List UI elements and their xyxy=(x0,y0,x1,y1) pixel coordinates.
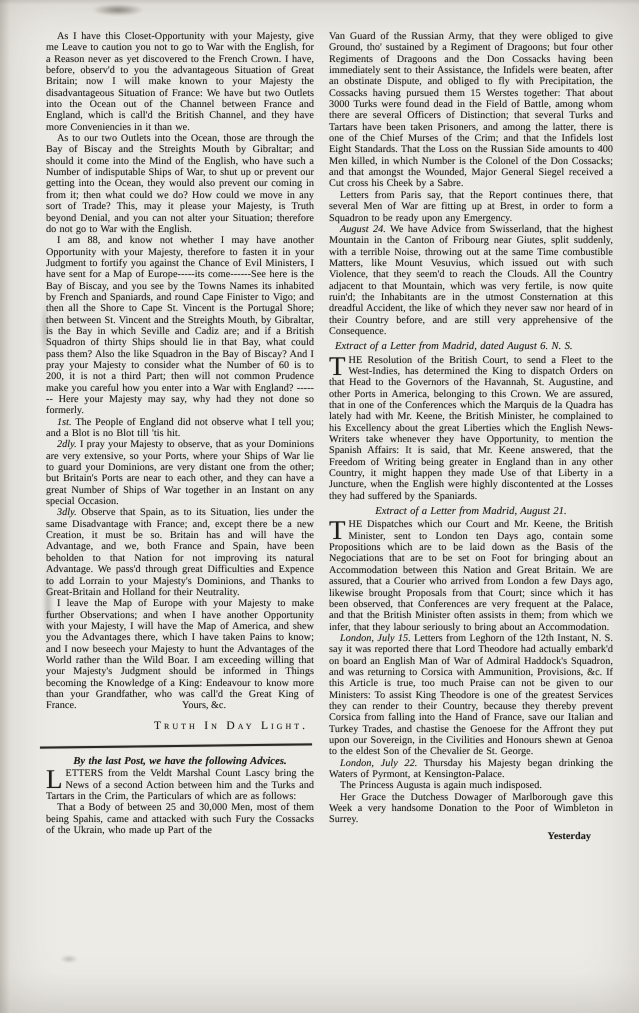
letter-point-2: 2dly. I pray your Majesty to observe, th… xyxy=(46,439,314,507)
advices-paragraph-1-text: ETTERS from the Veldt Marshal Count Lasc… xyxy=(46,768,314,802)
section-divider-rule xyxy=(40,743,312,748)
extract-madrid-aug6-text: HE Resolution of the British Court, to s… xyxy=(329,355,613,502)
newspaper-page: As I have this Closet-Opportunity with y… xyxy=(0,0,639,1013)
ink-smudge xyxy=(60,955,78,963)
august24-paragraph: August 24. We have Advice from Swisserla… xyxy=(329,224,613,337)
london-july15-paragraph: London, July 15. Letters from Leghorn of… xyxy=(329,633,613,758)
extract-madrid-aug21-paragraph: THE Dispatches which our Court and Mr. K… xyxy=(329,519,613,632)
dateline: London, July 15. xyxy=(340,633,411,644)
extract-heading-madrid-aug21: Extract of a Letter from Madrid, August … xyxy=(329,506,613,517)
london-july15-text: Letters from Leghorn of the 12th Instant… xyxy=(329,633,613,757)
dateline: London, July 22. xyxy=(340,758,417,769)
letter-paragraph-3: I am 88, and know not whether I may have… xyxy=(46,235,314,417)
extract-madrid-aug21-text: HE Dispatches which our Court and Mr. Ke… xyxy=(329,519,613,632)
letter-closing-block: I leave the Map of Europe with your Maje… xyxy=(46,598,314,711)
right-column: Van Guard of the Russian Army, that they… xyxy=(329,31,613,842)
dateline: August 24. xyxy=(340,224,386,235)
extract-heading-madrid-aug6: Extract of a Letter from Madrid, dated A… xyxy=(329,341,613,352)
point-text: I pray your Majesty to observe, that as … xyxy=(46,439,314,507)
left-column: As I have this Closet-Opportunity with y… xyxy=(46,31,314,842)
london-july22-paragraph: London, July 22. Thursday his Majesty be… xyxy=(329,758,613,781)
advices-heading: By the last Post, we have the following … xyxy=(46,756,314,767)
letter-paragraph-1: As I have this Closet-Opportunity with y… xyxy=(46,31,314,133)
drop-cap-letter: T xyxy=(329,355,349,376)
point-label: 1st. xyxy=(57,417,72,428)
vanguard-paragraph: Van Guard of the Russian Army, that they… xyxy=(329,31,613,190)
letter-point-1: 1st. The People of England did not obser… xyxy=(46,417,314,440)
paris-paragraph: Letters from Paris say, that the Report … xyxy=(329,190,613,224)
catchword: Yesterday xyxy=(329,831,613,842)
letter-point-3: 3dly. Observe that Spain, as to its Situ… xyxy=(46,507,314,598)
point-label: 2dly. xyxy=(57,439,77,450)
letter-closing-paragraph: I leave the Map of Europe with your Maje… xyxy=(46,598,314,711)
letter-signature: Yours, &c. xyxy=(182,700,226,711)
point-text: The People of England did not observe wh… xyxy=(46,417,314,439)
advices-paragraph-2: That a Body of between 25 and 30,000 Men… xyxy=(46,802,314,836)
august24-text: We have Advice from Swisserland, that th… xyxy=(329,224,613,337)
point-label: 3dly. xyxy=(57,507,77,518)
two-column-layout: As I have this Closet-Opportunity with y… xyxy=(0,0,639,842)
drop-cap-letter: L xyxy=(46,768,66,789)
letter-paragraph-2: As to our two Outlets into the Ocean, th… xyxy=(46,133,314,235)
marlborough-paragraph: Her Grace the Dutchess Dowager of Marlbo… xyxy=(329,792,613,826)
advices-paragraph-1: LETTERS from the Veldt Marshal Count Las… xyxy=(46,768,314,802)
letter-signoff: Truth In Day Light. xyxy=(46,721,314,732)
drop-cap-letter: T xyxy=(329,519,349,540)
extract-madrid-aug6-paragraph: THE Resolution of the British Court, to … xyxy=(329,355,613,502)
augusta-paragraph: The Princess Augusta is again much indis… xyxy=(329,780,613,791)
point-text: Observe that Spain, as to its Situation,… xyxy=(46,507,314,597)
